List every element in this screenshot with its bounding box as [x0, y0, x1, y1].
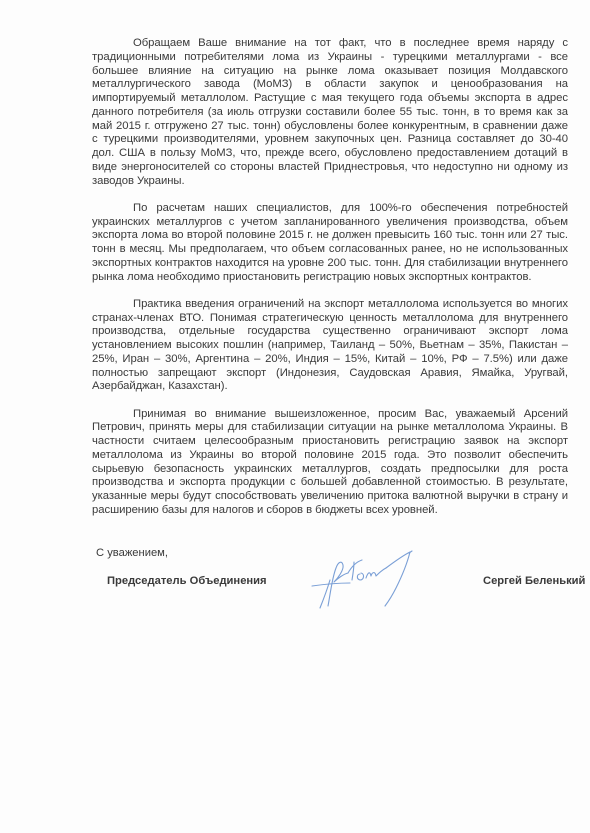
paragraph-momz-influence: Обращаем Ваше внимание на тот факт, что …: [92, 37, 568, 188]
signatory-name: Сергей Беленький: [483, 574, 585, 588]
paragraph-request: Принимая во внимание вышеизложенное, про…: [92, 408, 568, 518]
paragraph-wto-practice: Практика введения ограничений на экспорт…: [92, 298, 568, 394]
paragraph-export-volume: По расчетам наших специалистов, для 100%…: [92, 202, 568, 285]
closing-salutation: С уважением,: [96, 546, 168, 560]
signature-icon: [308, 548, 428, 610]
letter-page: Обращаем Ваше внимание на тот факт, что …: [0, 0, 590, 833]
letter-body: Обращаем Ваше внимание на тот факт, что …: [92, 37, 568, 531]
signatory-title: Председатель Объединения: [107, 574, 267, 588]
